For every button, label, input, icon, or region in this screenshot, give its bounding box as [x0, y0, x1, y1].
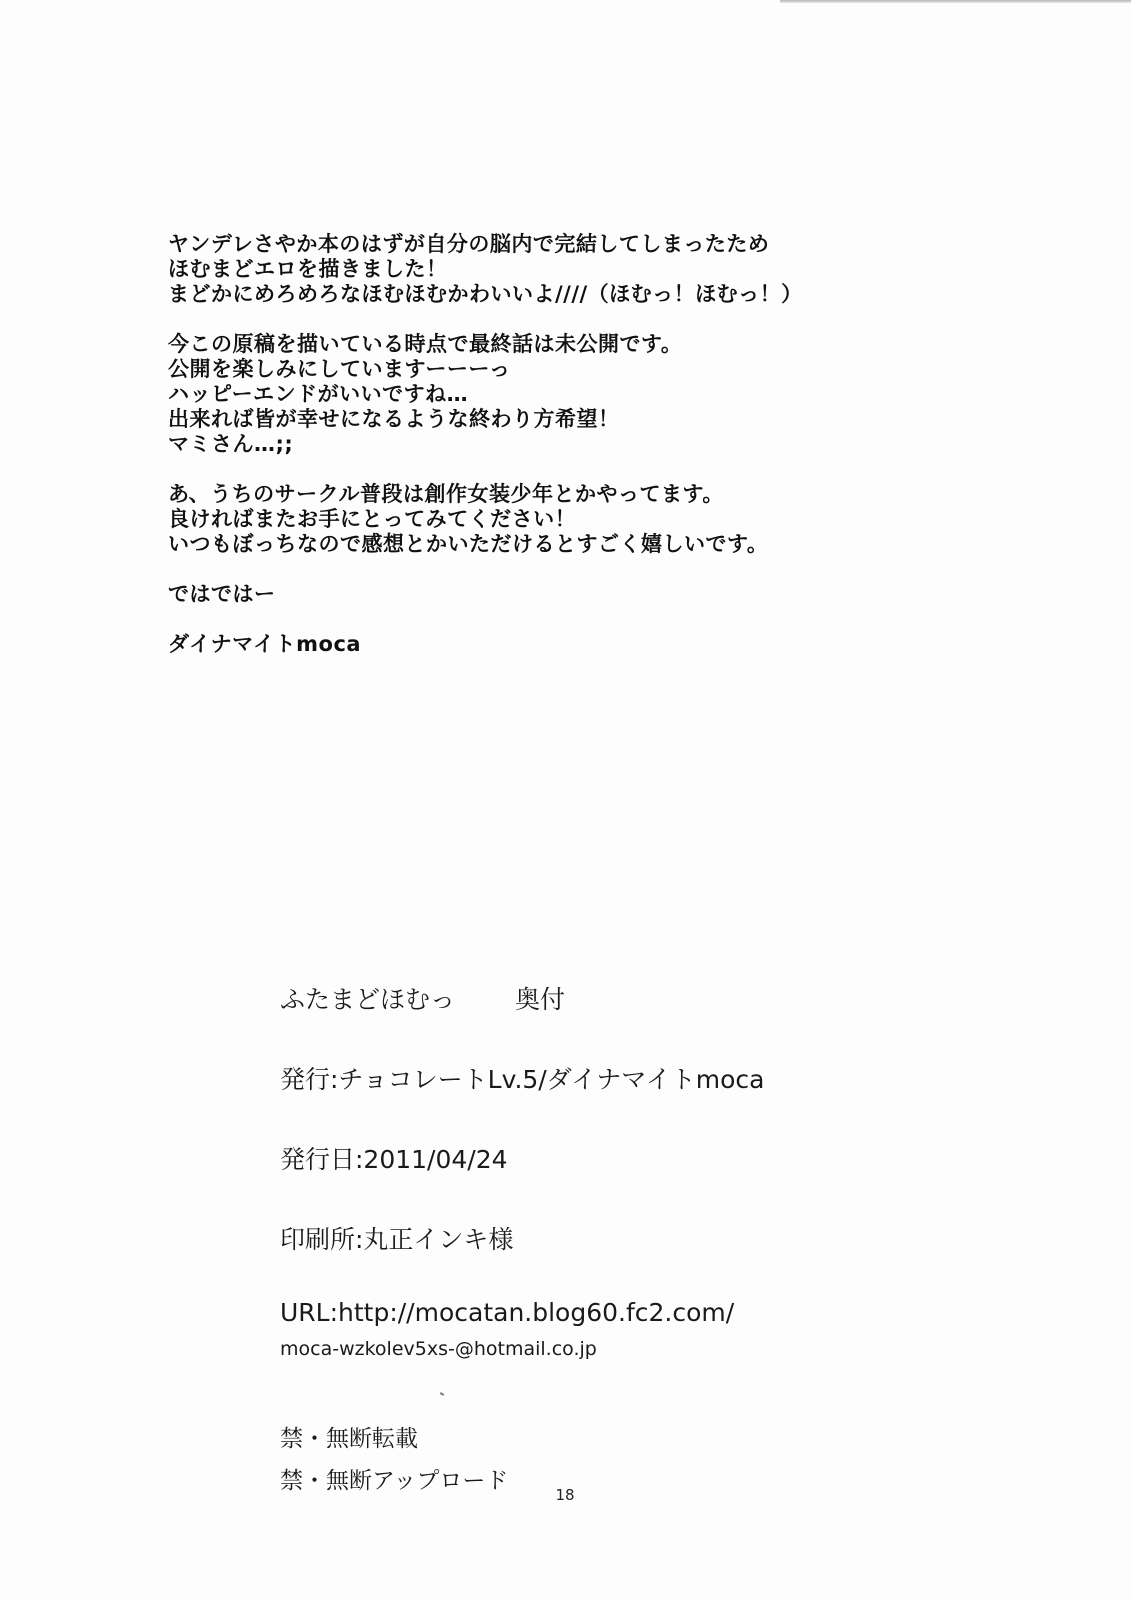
afterword-line: ほむまどエロを描きました！ [168, 257, 928, 282]
afterword-line: 良ければまたお手にとってみてください！ [168, 507, 928, 532]
author-signature: ダイナマイトmoca [168, 632, 928, 657]
afterword-paragraph-3: あ、うちのサークル普段は創作女装少年とかやってます。 良ければまたお手にとってみ… [168, 482, 928, 557]
book-title: ふたまどほむっ [280, 985, 455, 1014]
afterword-closing: ではではー [168, 582, 928, 607]
afterword-line: 今この原稿を描いている時点で最終話は未公開です。 [168, 332, 928, 357]
printer: 印刷所:丸正インキ様 [280, 1220, 513, 1256]
afterword-line: あ、うちのサークル普段は創作女装少年とかやってます。 [168, 482, 928, 507]
notice-no-reprint: 禁・無断転載 [280, 1420, 418, 1453]
notice-no-upload: 禁・無断アップロード [280, 1462, 508, 1495]
afterword-text: ヤンデレさやか本のはずが自分の脳内で完結してしまったため ほむまどエロを描きまし… [168, 232, 928, 682]
afterword-line: ヤンデレさやか本のはずが自分の脳内で完結してしまったため [168, 232, 928, 257]
page-number: 18 [540, 1486, 590, 1504]
afterword-paragraph-2: 今この原稿を描いている時点で最終話は未公開です。 公開を楽しみにしていますーーー… [168, 332, 928, 457]
afterword-line: いつもぼっちなので感想とかいただけるとすごく嬉しいです。 [168, 532, 928, 557]
afterword-line: まどかにめろめろなほむほむかわいいよ////（ほむっ！ほむっ！） [168, 282, 928, 307]
afterword-signature: ダイナマイトmoca [168, 632, 928, 657]
scan-dust-speck [440, 1392, 444, 1396]
afterword-line: 公開を楽しみにしていますーーーっ [168, 357, 928, 382]
website-url: URL:http://mocatan.blog60.fc2.com/ [280, 1298, 734, 1327]
afterword-paragraph-1: ヤンデレさやか本のはずが自分の脳内で完結してしまったため ほむまどエロを描きまし… [168, 232, 928, 307]
afterword-line: マミさん…;; [168, 432, 928, 457]
colophon-label: 奥付 [515, 985, 565, 1014]
contact-email: moca-wzkolev5xs-@hotmail.co.jp [280, 1338, 597, 1360]
issue-date: 発行日:2011/04/24 [280, 1140, 508, 1176]
afterword-line: 出来れば皆が幸せになるような終わり方希望！ [168, 407, 928, 432]
scan-edge-line [780, 0, 1131, 3]
publisher: 発行:チョコレートLv.5/ダイナマイトmoca [280, 1060, 764, 1096]
afterword-line: ハッピーエンドがいいですね… [168, 382, 928, 407]
afterword-line: ではではー [168, 582, 928, 607]
colophon-title: ふたまどほむっ奥付 [280, 980, 565, 1016]
